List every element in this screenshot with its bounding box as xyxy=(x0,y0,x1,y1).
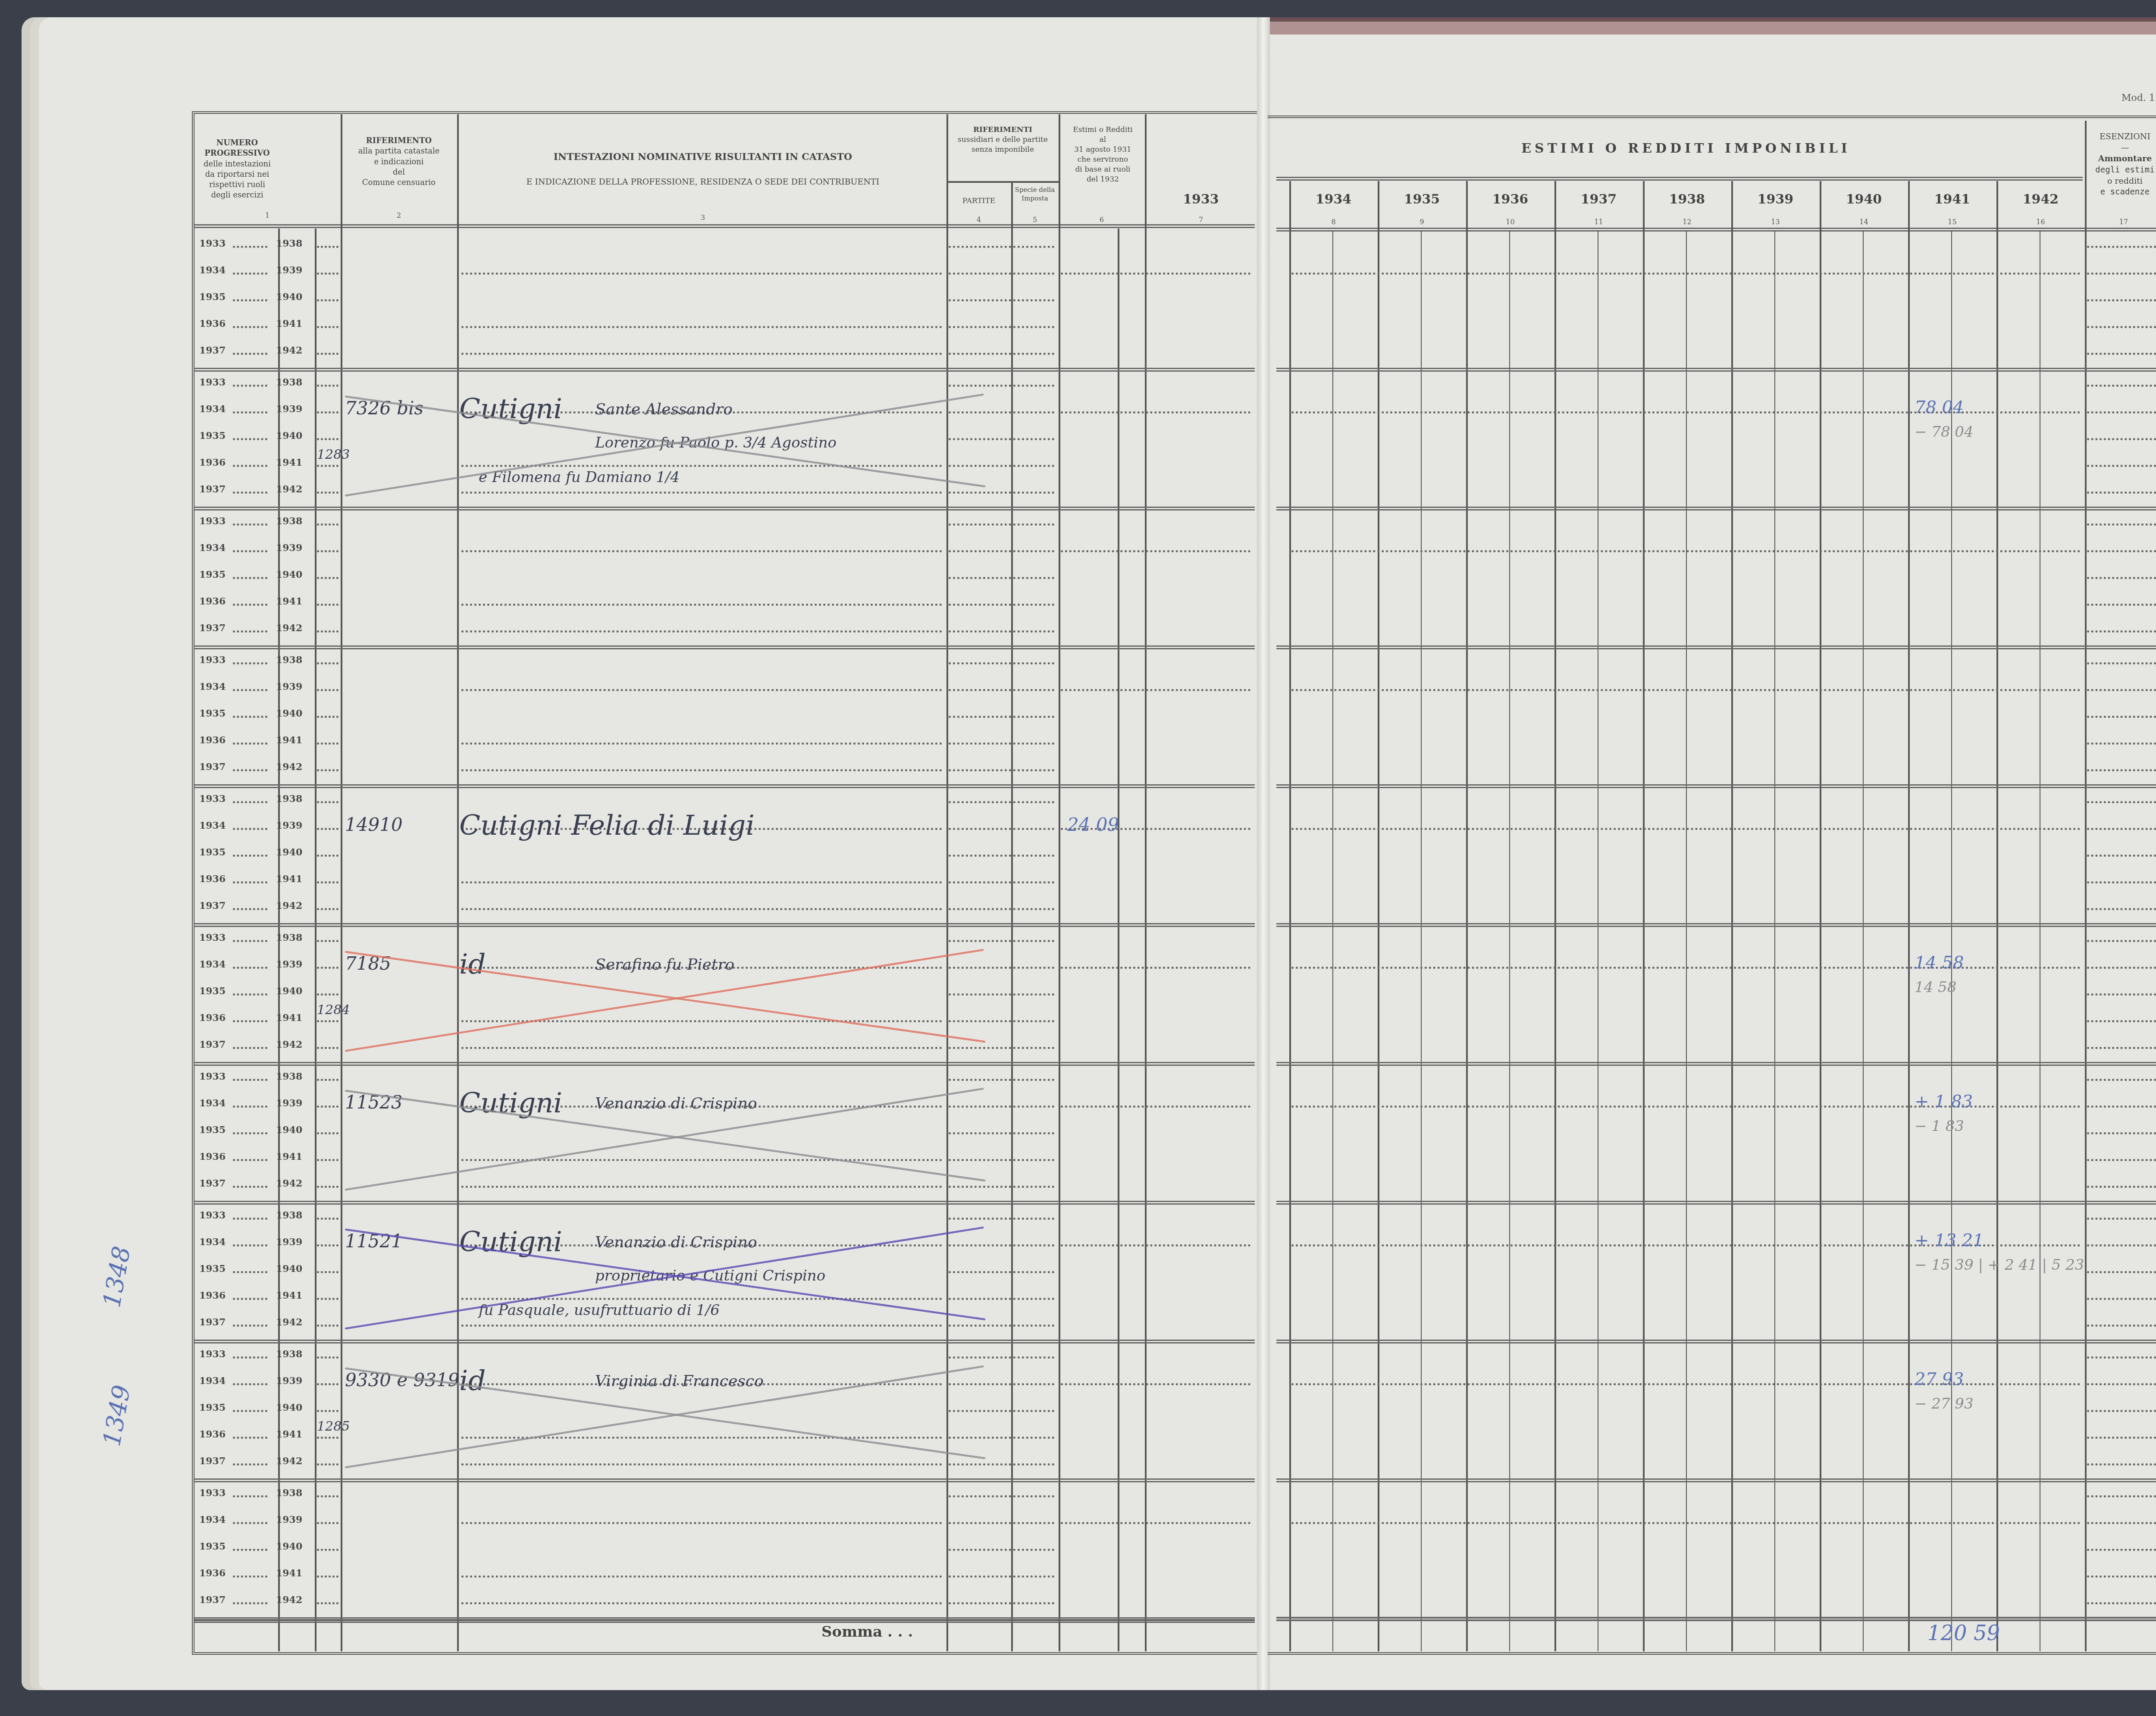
year-label: 1941 xyxy=(276,596,302,607)
col-num-1: 1 xyxy=(259,211,276,219)
year-label: 1938 xyxy=(276,1349,302,1360)
year-label: 1933 xyxy=(199,1071,226,1082)
year-label: 1933 xyxy=(199,1349,226,1360)
year-label: 1936 xyxy=(199,318,226,329)
year-label: 1939 xyxy=(276,1514,302,1525)
year-label: 1933 xyxy=(199,377,226,388)
year-label: 1935 xyxy=(199,847,226,858)
right-table-frame xyxy=(1268,116,2156,1655)
header-rule-right xyxy=(1276,228,2156,232)
year-label: 1935 xyxy=(199,1402,226,1413)
year-label: 1939 xyxy=(276,265,302,276)
year-header-1933: 1933 xyxy=(1147,192,1255,207)
year-label: 1942 xyxy=(276,1456,302,1467)
year-label: 1939 xyxy=(276,820,302,831)
year-label: 1937 xyxy=(199,1456,226,1467)
year-label: 1938 xyxy=(276,1071,302,1082)
year-label: 1939 xyxy=(276,542,302,554)
year-header-1942: 1942 xyxy=(1996,192,2085,207)
entry-surname[interactable]: Cutigni Felia di Luigi xyxy=(459,810,755,842)
year-label: 1940 xyxy=(276,1263,302,1274)
year-label: 1937 xyxy=(199,345,226,356)
entry-margin-number: 1285 xyxy=(317,1419,350,1434)
year-label: 1934 xyxy=(199,404,226,415)
year-label: 1933 xyxy=(199,793,226,805)
year-header-1935: 1935 xyxy=(1378,192,1466,207)
estimi-rule xyxy=(1276,177,2083,181)
entry-value-1941[interactable]: 27 93 xyxy=(1915,1369,1964,1389)
year-label: 1937 xyxy=(199,1317,226,1328)
block-rule xyxy=(194,1478,1255,1482)
year-label: 1935 xyxy=(199,986,226,997)
year-label: 1942 xyxy=(276,484,302,495)
year-label: 1939 xyxy=(276,959,302,970)
year-label: 1936 xyxy=(199,874,226,885)
year-label: 1934 xyxy=(199,542,226,554)
header-numero-progressivo: NUMERO PROGRESSIVO delle intestazioni da… xyxy=(196,138,278,201)
header-rule-left xyxy=(194,224,1255,228)
year-header-1941: 1941 xyxy=(1908,192,1996,207)
year-label: 1938 xyxy=(276,932,302,943)
block-rule xyxy=(1276,1201,2156,1205)
year-label: 1940 xyxy=(276,1124,302,1136)
header-intestazioni: INTESTAZIONI NOMINATIVE RISULTANTI IN CA… xyxy=(459,151,946,188)
block-rule xyxy=(1276,645,2156,649)
year-header-1934: 1934 xyxy=(1289,192,1378,207)
somma-1941-value[interactable]: 120 59 xyxy=(1927,1621,2000,1645)
year-label: 1935 xyxy=(199,1541,226,1552)
header-estimi-1931: Estimi o Redditi al 31 agosto 1931 che s… xyxy=(1061,125,1145,185)
year-label: 1938 xyxy=(276,654,302,666)
year-label: 1933 xyxy=(199,516,226,527)
year-label: 1942 xyxy=(276,1039,302,1050)
year-label: 1936 xyxy=(199,735,226,746)
header-esenzioni: ESENZIONI — Ammontare degli estimi o red… xyxy=(2086,132,2156,198)
year-label: 1936 xyxy=(199,457,226,468)
year-label: 1935 xyxy=(199,1263,226,1274)
year-label: 1934 xyxy=(199,1098,226,1109)
block-rule xyxy=(1276,923,2156,927)
block-rule xyxy=(1276,784,2156,788)
year-label: 1937 xyxy=(199,623,226,634)
year-header-1937: 1937 xyxy=(1554,192,1643,207)
block-rule xyxy=(1276,1478,2156,1482)
block-rule xyxy=(194,784,1255,788)
year-label: 1937 xyxy=(199,1039,226,1050)
year-label: 1939 xyxy=(276,681,302,692)
year-label: 1939 xyxy=(276,1237,302,1248)
col-num-6: 6 xyxy=(1093,216,1110,224)
year-label: 1941 xyxy=(276,735,302,746)
entry-margin-number: 1284 xyxy=(317,1002,350,1018)
year-label: 1939 xyxy=(276,404,302,415)
entry-value-1941[interactable]: 14 58 xyxy=(1915,953,1964,973)
somma-label: Somma . . . xyxy=(821,1623,913,1641)
entry-surname[interactable]: id xyxy=(459,949,486,980)
entry-value-1941[interactable]: 78 04 xyxy=(1915,398,1964,417)
year-label: 1934 xyxy=(199,820,226,831)
year-label: 1936 xyxy=(199,596,226,607)
year-label: 1940 xyxy=(276,1402,302,1413)
header-specie-imposta: Specie della Imposta xyxy=(1013,185,1056,203)
year-label: 1935 xyxy=(199,291,226,303)
entry-value-1941-adjust[interactable]: − 1 83 xyxy=(1915,1118,1964,1135)
year-label: 1937 xyxy=(199,761,226,773)
year-label: 1940 xyxy=(276,986,302,997)
entry-partita[interactable]: 9330 e 9319 xyxy=(345,1369,459,1390)
year-label: 1939 xyxy=(276,1098,302,1109)
header-partite: PARTITE xyxy=(949,196,1009,206)
year-label: 1941 xyxy=(276,318,302,329)
block-rule xyxy=(194,1201,1255,1205)
year-label: 1939 xyxy=(276,1375,302,1387)
col-num-5: 5 xyxy=(1026,216,1044,224)
year-label: 1942 xyxy=(276,900,302,911)
block-rule xyxy=(194,507,1255,510)
entry-line-1[interactable]: Venanzio di Crispino xyxy=(595,1095,757,1112)
year-header-1940: 1940 xyxy=(1820,192,1908,207)
year-label: 1942 xyxy=(276,623,302,634)
entry-line-1[interactable]: Sante Alessandro xyxy=(595,401,733,418)
entry-line-3[interactable]: fu Pasquale, usufruttuario di 1/6 xyxy=(479,1302,720,1319)
entry-value-1941[interactable]: + 1 83 xyxy=(1915,1092,1973,1112)
year-label: 1941 xyxy=(276,1568,302,1579)
year-label: 1935 xyxy=(199,1124,226,1136)
year-label: 1933 xyxy=(199,1210,226,1221)
year-label: 1940 xyxy=(276,847,302,858)
year-label: 1938 xyxy=(276,238,302,249)
year-label: 1941 xyxy=(276,874,302,885)
year-label: 1934 xyxy=(199,1237,226,1248)
year-label: 1933 xyxy=(199,1487,226,1499)
col-num-2: 2 xyxy=(390,211,407,219)
block-rule xyxy=(194,1340,1255,1343)
header-riferimenti: RIFERIMENTI sussidiari e delle partite s… xyxy=(948,125,1058,155)
year-header-1939: 1939 xyxy=(1731,192,1820,207)
entry-value-1932[interactable]: 24 09 xyxy=(1067,814,1119,835)
year-label: 1934 xyxy=(199,959,226,970)
block-rule xyxy=(1276,1340,2156,1343)
form-id: Mod. 111 - Imposte Dirette (Intercalare)… xyxy=(2122,93,2156,103)
year-label: 1934 xyxy=(199,1375,226,1387)
year-label: 1933 xyxy=(199,932,226,943)
entry-margin-number: 1283 xyxy=(317,447,350,462)
year-label: 1941 xyxy=(276,1290,302,1301)
year-label: 1938 xyxy=(276,1487,302,1499)
entry-surname[interactable]: id xyxy=(459,1365,486,1397)
col-num-17: 17 xyxy=(2115,218,2132,226)
col-num-4: 4 xyxy=(970,216,987,224)
year-label: 1934 xyxy=(199,681,226,692)
year-label: 1934 xyxy=(199,1514,226,1525)
year-label: 1938 xyxy=(276,1210,302,1221)
year-label: 1934 xyxy=(199,265,226,276)
entry-value-1941-adjust[interactable]: − 78 04 xyxy=(1915,423,1974,441)
year-label: 1937 xyxy=(199,1594,226,1606)
entry-line-3[interactable]: e Filomena fu Damiano 1/4 xyxy=(479,469,680,486)
year-label: 1937 xyxy=(199,484,226,495)
year-label: 1936 xyxy=(199,1568,226,1579)
year-header-1938: 1938 xyxy=(1643,192,1731,207)
year-label: 1942 xyxy=(276,761,302,773)
year-label: 1942 xyxy=(276,1594,302,1606)
block-rule xyxy=(194,368,1255,372)
year-label: 1933 xyxy=(199,238,226,249)
year-label: 1940 xyxy=(276,708,302,719)
entry-line-1[interactable]: Venanzio di Crispino xyxy=(595,1234,757,1251)
year-label: 1936 xyxy=(199,1151,226,1162)
block-rule xyxy=(194,1062,1255,1066)
year-label: 1940 xyxy=(276,1541,302,1552)
header-estimi-redditi: ESTIMI O REDDITI IMPONIBILI xyxy=(1289,140,2083,158)
header-riferimento: RIFERIMENTO alla partita catastale e ind… xyxy=(343,136,455,188)
year-label: 1940 xyxy=(276,430,302,442)
year-label: 1935 xyxy=(199,708,226,719)
year-label: 1936 xyxy=(199,1012,226,1024)
year-label: 1938 xyxy=(276,516,302,527)
year-label: 1942 xyxy=(276,345,302,356)
year-label: 1938 xyxy=(276,377,302,388)
entry-value-1941-adjust[interactable]: − 15 39 | + 2 41 | 5 23 xyxy=(1915,1256,2084,1274)
year-label: 1941 xyxy=(276,1012,302,1024)
year-label: 1942 xyxy=(276,1178,302,1189)
col-num-7: 7 xyxy=(1192,216,1210,224)
year-label: 1937 xyxy=(199,1178,226,1189)
col-num-3: 3 xyxy=(694,213,711,222)
block-rule xyxy=(1276,1062,2156,1066)
year-label: 1933 xyxy=(199,654,226,666)
entry-value-1941-adjust[interactable]: 14 58 xyxy=(1915,979,1956,996)
block-rule xyxy=(194,645,1255,649)
block-rule xyxy=(1276,368,2156,372)
year-header-1936: 1936 xyxy=(1466,192,1554,207)
year-label: 1935 xyxy=(199,569,226,580)
year-label: 1935 xyxy=(199,430,226,442)
year-label: 1941 xyxy=(276,457,302,468)
block-rule xyxy=(194,923,1255,927)
block-rule xyxy=(1276,507,2156,510)
year-label: 1941 xyxy=(276,1151,302,1162)
year-label: 1940 xyxy=(276,569,302,580)
entry-value-1941-adjust[interactable]: − 27 93 xyxy=(1915,1395,1974,1412)
year-label: 1940 xyxy=(276,291,302,303)
year-label: 1942 xyxy=(276,1317,302,1328)
entry-line-1[interactable]: Virginia di Francesco xyxy=(595,1372,764,1390)
entry-line-1[interactable]: Serafino fu Pietro xyxy=(595,956,734,974)
entry-partita[interactable]: 14910 xyxy=(345,814,403,835)
year-label: 1938 xyxy=(276,793,302,805)
binding-cloth xyxy=(1263,17,2156,34)
year-label: 1936 xyxy=(199,1429,226,1440)
year-label: 1941 xyxy=(276,1429,302,1440)
year-label: 1937 xyxy=(199,900,226,911)
entry-value-1941[interactable]: + 13 21 xyxy=(1915,1231,1984,1250)
year-label: 1936 xyxy=(199,1290,226,1301)
